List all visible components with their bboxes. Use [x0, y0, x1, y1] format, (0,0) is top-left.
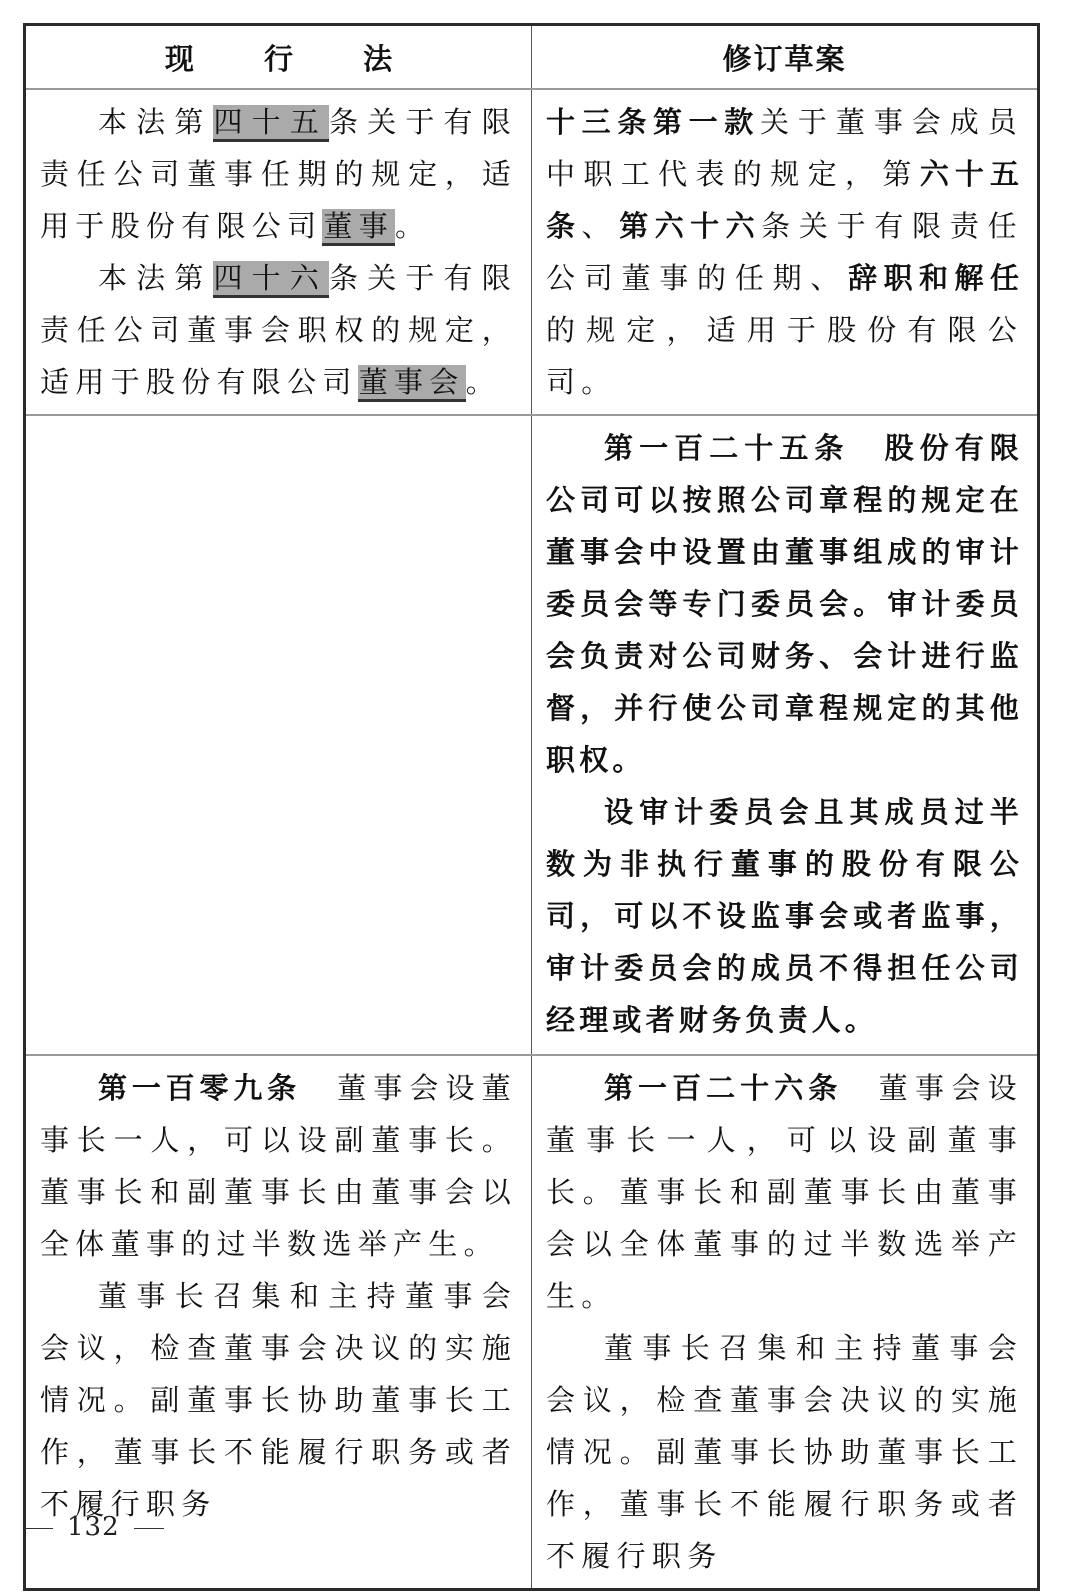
bold-text: 辞职和解任 [848, 261, 1023, 295]
text-segment: 的规定，适用于股份有限公司。 [546, 313, 1023, 399]
text-segment: 董事会设董事长一人，可以设副董事长。董事长和副董事长由董事会以全体董事的过半数选… [546, 1071, 1023, 1313]
page-number: 132 [67, 1512, 120, 1542]
header-current-law: 现 行 法 [25, 25, 532, 90]
text-segment [850, 431, 885, 465]
bold-text: 第一百零九条 [98, 1071, 301, 1105]
table-header-row: 现 行 法 修订草案 [25, 25, 1039, 90]
cell-current-law: 第一百零九条 董事会设董事长一人，可以设副董事长。董事长和副董事长由董事会以全体… [25, 1055, 532, 1590]
cell-revised-draft: 十三条第一款关于董事会成员中职工代表的规定，第六十五条、第六十六条关于有限责任公… [532, 89, 1039, 415]
paragraph: 第一百二十六条 董事会设董事长一人，可以设副董事长。董事长和副董事长由董事会以全… [546, 1062, 1023, 1322]
footer-dash-left [23, 1528, 53, 1529]
page-footer: 132 [23, 1512, 178, 1542]
table-row: 第一百零九条 董事会设董事长一人，可以设副董事长。董事长和副董事长由董事会以全体… [25, 1055, 1039, 1590]
footer-dash-right [134, 1528, 164, 1529]
comparison-table: 现 行 法 修订草案 本法第四十五条关于有限责任公司董事任期的规定，适用于股份有… [23, 23, 1040, 1591]
highlighted-text: 四十五 [213, 105, 330, 142]
paragraph: 董事长召集和主持董事会会议，检查董事会决议的实施情况。副董事长协助董事长工作，董… [546, 1322, 1023, 1582]
text-segment: 董事长召集和主持董事会会议，检查董事会决议的实施情况。副董事长协助董事长工作，董… [40, 1279, 517, 1521]
highlighted-text: 董事 [322, 209, 395, 246]
cell-revised-draft: 第一百二十五条 股份有限公司可以按照公司章程的规定在董事会中设置由董事组成的审计… [532, 415, 1039, 1055]
cell-current-law: 本法第四十五条关于有限责任公司董事任期的规定，适用于股份有限公司董事。本法第四十… [25, 89, 532, 415]
text-segment: 、 [581, 209, 619, 243]
cell-current-law [25, 415, 532, 1055]
paragraph: 第一百零九条 董事会设董事长一人，可以设副董事长。董事长和副董事长由董事会以全体… [40, 1062, 517, 1270]
paragraph: 十三条第一款关于董事会成员中职工代表的规定，第六十五条、第六十六条关于有限责任公… [546, 96, 1023, 408]
highlighted-text: 四十六 [213, 261, 330, 298]
paragraph: 本法第四十六条关于有限责任公司董事会职权的规定，适用于股份有限公司董事会。 [40, 252, 517, 408]
text-segment: 本法第 [98, 261, 213, 295]
paragraph: 第一百二十五条 股份有限公司可以按照公司章程的规定在董事会中设置由董事组成的审计… [546, 422, 1023, 786]
cell-revised-draft: 第一百二十六条 董事会设董事长一人，可以设副董事长。董事长和副董事长由董事会以全… [532, 1055, 1039, 1590]
bold-text: 第六十六 [619, 209, 761, 243]
paragraph: 董事长召集和主持董事会会议，检查董事会决议的实施情况。副董事长协助董事长工作，董… [40, 1270, 517, 1530]
text-segment: 董事长召集和主持董事会会议，检查董事会决议的实施情况。副董事长协助董事长工作，董… [546, 1331, 1023, 1573]
text-segment: 股份有限公司可以按照公司章程的规定在董事会中设置由董事组成的审计委员会等专门委员… [546, 431, 1023, 777]
header-revised-draft: 修订草案 [532, 25, 1039, 90]
text-segment: 设审计委员会且其成员过半数为非执行董事的股份有限公司，可以不设监事会或者监事，审… [546, 795, 1023, 1037]
text-segment: 本法第 [98, 105, 213, 139]
text-segment: 。 [466, 365, 501, 399]
bold-text: 十三条第一款 [546, 105, 760, 139]
paragraph: 本法第四十五条关于有限责任公司董事任期的规定，适用于股份有限公司董事。 [40, 96, 517, 252]
text-segment: 第一百二十五条 [604, 431, 850, 465]
document-page: 现 行 法 修订草案 本法第四十五条关于有限责任公司董事任期的规定，适用于股份有… [23, 23, 1037, 1591]
bold-text: 第一百二十六条 [604, 1071, 842, 1105]
paragraph: 设审计委员会且其成员过半数为非执行董事的股份有限公司，可以不设监事会或者监事，审… [546, 786, 1023, 1046]
text-segment: 。 [395, 209, 430, 243]
table-row: 第一百二十五条 股份有限公司可以按照公司章程的规定在董事会中设置由董事组成的审计… [25, 415, 1039, 1055]
table-row: 本法第四十五条关于有限责任公司董事任期的规定，适用于股份有限公司董事。本法第四十… [25, 89, 1039, 415]
highlighted-text: 董事会 [358, 365, 466, 402]
